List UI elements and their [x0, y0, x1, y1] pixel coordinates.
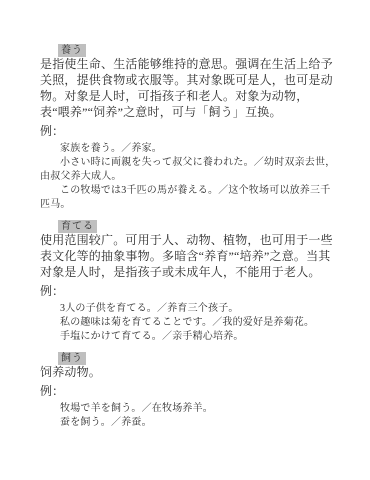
example-list-kau: 牧場で羊を飼う。／在牧场养羊。 蚕を飼う。／养蚕。: [40, 402, 340, 430]
term-badge-row: 育てる: [58, 216, 340, 230]
section-yashinau: 養う 是指使生命、生活能够维持的意思。强调在生活上给予 关照，提供食物或衣服等。…: [40, 40, 340, 212]
example-sentence: 小さい時に両親を失って叔父に養われた。／幼时双亲去世，由叔父养大成人。: [40, 156, 340, 184]
definition-line: 表文化等的抽象事物。多暗含“养育”“培养”之意。当其: [40, 248, 340, 264]
term-badge-row: 飼う: [58, 348, 340, 362]
example-sentence: 私の趣味は菊を育てることです。／我的爱好是养菊花。: [40, 316, 340, 330]
definition-line: 关照，提供食物或衣服等。其对象既可是人，也可是动: [40, 72, 340, 88]
example-sentence: 家族を養う。／养家。: [40, 142, 340, 156]
section-sodateru: 育てる 使用范围较广。可用于人、动物、植物，也可用于一些 表文化等的抽象事物。多…: [40, 216, 340, 344]
example-list-yashinau: 家族を養う。／养家。 小さい時に両親を失って叔父に養われた。／幼时双亲去世，由叔…: [40, 142, 340, 212]
definition-line: 使用范围较广。可用于人、动物、植物，也可用于一些: [40, 232, 340, 248]
example-sentence: 牧場で羊を飼う。／在牧场养羊。: [40, 402, 340, 416]
definition-line: 物。对象是人时，可指孩子和老人。对象为动物，: [40, 88, 340, 104]
term-badge-row: 養う: [58, 40, 340, 54]
example-sentence: 蚕を飼う。／养蚕。: [40, 416, 340, 430]
section-kau: 飼う 饲养动物。 例： 牧場で羊を飼う。／在牧场养羊。 蚕を飼う。／养蚕。: [40, 348, 340, 430]
example-label: 例：: [40, 283, 340, 299]
example-label: 例：: [40, 123, 340, 139]
definition-yashinau: 是指使生命、生活能够维持的意思。强调在生活上给予 关照，提供食物或衣服等。其对象…: [40, 56, 340, 120]
definition-line: 表“喂养”“饲养”之意时，可与「飼う」互换。: [40, 104, 340, 120]
definition-line: 对象是人时，是指孩子或未成年人，不能用于老人。: [40, 264, 340, 280]
example-sentence: この牧場では3千匹の馬が養える。／这个牧场可以放养三千匹马。: [40, 184, 340, 212]
document-page: 養う 是指使生命、生活能够维持的意思。强调在生活上给予 关照，提供食物或衣服等。…: [0, 0, 370, 480]
definition-kau: 饲养动物。: [40, 364, 340, 380]
definition-sodateru: 使用范围较广。可用于人、动物、植物，也可用于一些 表文化等的抽象事物。多暗含“养…: [40, 232, 340, 280]
definition-line: 饲养动物。: [40, 364, 340, 380]
example-sentence: 3人の子供を育てる。／养育三个孩子。: [40, 302, 340, 316]
example-label: 例：: [40, 383, 340, 399]
example-sentence: 手塩にかけて育てる。／亲手精心培养。: [40, 330, 340, 344]
example-list-sodateru: 3人の子供を育てる。／养育三个孩子。 私の趣味は菊を育てることです。／我的爱好是…: [40, 302, 340, 344]
definition-line: 是指使生命、生活能够维持的意思。强调在生活上给予: [40, 56, 340, 72]
